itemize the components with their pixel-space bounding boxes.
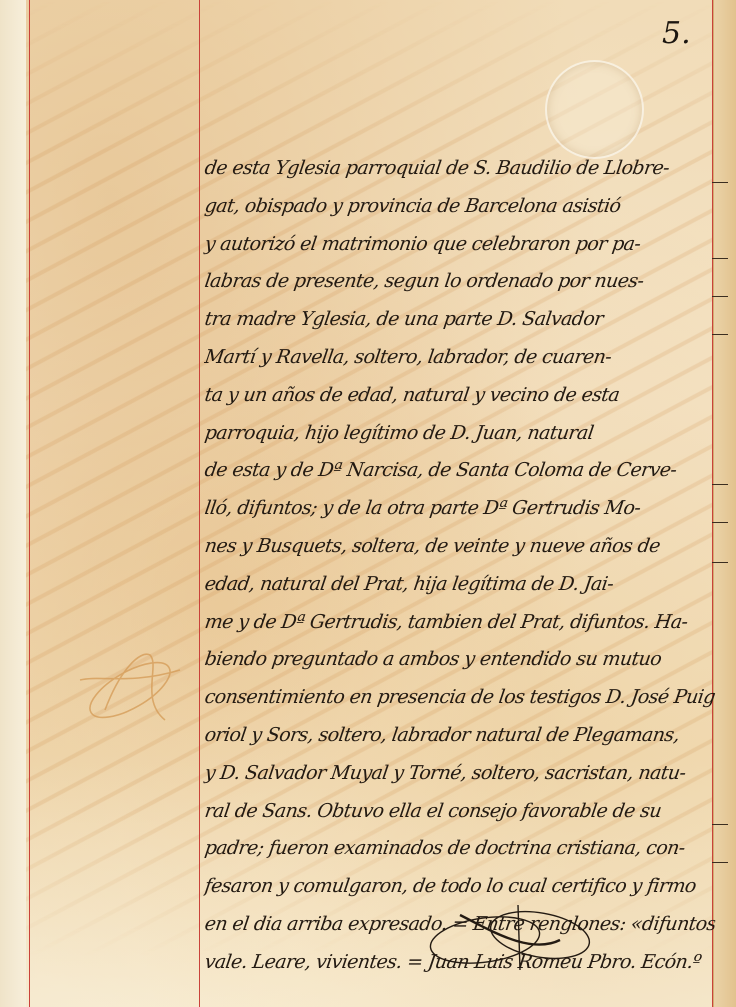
text-line: oriol y Sors, soltero, labrador natural … (202, 717, 717, 755)
page-number: 5. (662, 16, 691, 51)
text-line: biendo preguntado a ambos y entendido su… (202, 641, 717, 679)
line-end-dash (712, 562, 728, 563)
line-end-dash (712, 296, 728, 297)
faded-rubric-icon (70, 640, 190, 730)
line-end-dash (712, 182, 728, 183)
text-line: y autorizó el matrimonio que celebraron … (202, 226, 717, 264)
text-line: tra madre Yglesia, de una parte D. Salva… (202, 301, 717, 339)
text-line: nes y Busquets, soltera, de veinte y nue… (202, 528, 717, 566)
line-end-dash (712, 484, 728, 485)
line-end-dash (712, 334, 728, 335)
text-line: padre; fueron examinados de doctrina cri… (202, 830, 717, 868)
text-line: y D. Salvador Muyal y Torné, soltero, sa… (202, 755, 717, 793)
text-line: consentimiento en presencia de los testi… (202, 679, 717, 717)
margin-rule-text (199, 0, 200, 1007)
line-end-dash (712, 824, 728, 825)
line-end-dash (712, 862, 728, 863)
text-line: lló, difuntos; y de la otra parte Dª Ger… (202, 490, 717, 528)
text-line: ral de Sans. Obtuvo ella el consejo favo… (202, 793, 717, 831)
text-line: gat, obispado y provincia de Barcelona a… (202, 188, 717, 226)
margin-rule-left (29, 0, 30, 1007)
text-line: edad, natural del Prat, hija legítima de… (202, 566, 717, 604)
marriage-record-text: de esta Yglesia parroquial de S. Baudili… (202, 150, 712, 982)
text-line: ta y un años de edad, natural y vecino d… (202, 377, 717, 415)
text-line: de esta y de Dª Narcisa, de Santa Coloma… (202, 452, 717, 490)
embossed-seal-icon (545, 60, 644, 159)
text-line: parroquia, hijo legítimo de D. Juan, nat… (202, 415, 717, 453)
text-line: Martí y Ravella, soltero, labrador, de c… (202, 339, 717, 377)
text-line: labras de presente, segun lo ordenado po… (202, 263, 717, 301)
text-line: me y de Dª Gertrudis, tambien del Prat, … (202, 604, 717, 642)
line-end-dash (712, 522, 728, 523)
text-line: de esta Yglesia parroquial de S. Baudili… (202, 150, 717, 188)
left-binding-strip (0, 0, 26, 1007)
signature-rubric-icon (420, 900, 600, 975)
line-end-dash (712, 258, 728, 259)
